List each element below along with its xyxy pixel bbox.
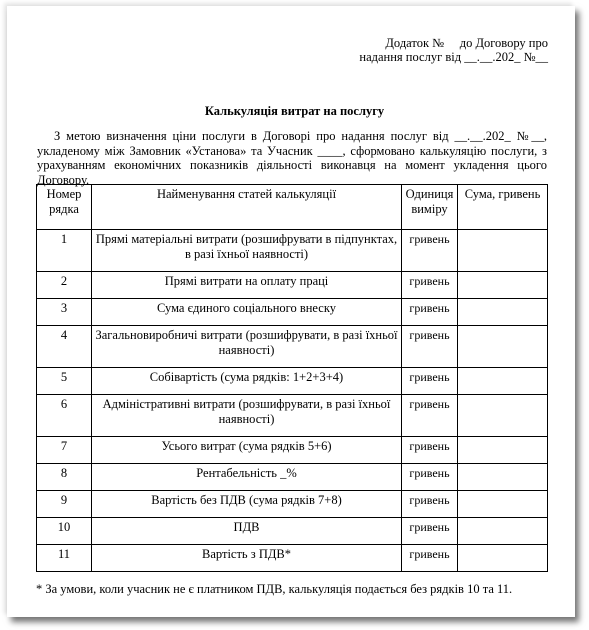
row-sum[interactable]	[458, 545, 548, 572]
row-unit: гривень	[402, 518, 458, 545]
row-name: ПДВ	[92, 518, 402, 545]
intro-paragraph: З метою визначення ціни послуги в Догово…	[37, 129, 547, 187]
footnote: * За умови, коли учасник не є платником …	[36, 582, 512, 597]
table-row: 9Вартість без ПДВ (сума рядків 7+8)гриве…	[37, 491, 548, 518]
row-unit: гривень	[402, 272, 458, 299]
row-number: 8	[37, 464, 92, 491]
table-header-row: Номер рядка Найменування статей калькуля…	[37, 185, 548, 230]
table-row: 8Рентабельність _%гривень	[37, 464, 548, 491]
row-number: 3	[37, 299, 92, 326]
row-name: Усього витрат (сума рядків 5+6)	[92, 437, 402, 464]
appendix-note: Додаток № до Договору про надання послуг…	[359, 36, 548, 64]
row-number: 4	[37, 326, 92, 368]
row-sum[interactable]	[458, 464, 548, 491]
table-row: 7Усього витрат (сума рядків 5+6)гривень	[37, 437, 548, 464]
row-name: Собівартість (сума рядків: 1+2+3+4)	[92, 368, 402, 395]
table-row: 11Вартість з ПДВ*гривень	[37, 545, 548, 572]
row-number: 1	[37, 230, 92, 272]
calculation-table: Номер рядка Найменування статей калькуля…	[36, 184, 548, 572]
row-unit: гривень	[402, 368, 458, 395]
row-unit: гривень	[402, 491, 458, 518]
row-unit: гривень	[402, 326, 458, 368]
appendix-note-line2: надання послуг від __.__.202_ №__	[359, 50, 548, 64]
row-unit: гривень	[402, 545, 458, 572]
table-row: 6Адміністративні витрати (розшифрувати, …	[37, 395, 548, 437]
row-unit: гривень	[402, 437, 458, 464]
row-sum[interactable]	[458, 491, 548, 518]
table-row: 2Прямі витрати на оплату працігривень	[37, 272, 548, 299]
row-number: 5	[37, 368, 92, 395]
document-title: Калькуляція витрат на послугу	[0, 104, 589, 119]
row-sum[interactable]	[458, 395, 548, 437]
table-row: 10ПДВгривень	[37, 518, 548, 545]
row-name: Прямі витрати на оплату праці	[92, 272, 402, 299]
header-number: Номер рядка	[37, 185, 92, 230]
row-number: 9	[37, 491, 92, 518]
row-sum[interactable]	[458, 272, 548, 299]
row-sum[interactable]	[458, 518, 548, 545]
row-unit: гривень	[402, 230, 458, 272]
row-name: Адміністративні витрати (розшифрувати, в…	[92, 395, 402, 437]
row-name: Рентабельність _%	[92, 464, 402, 491]
row-unit: гривень	[402, 395, 458, 437]
header-unit: Одиниця виміру	[402, 185, 458, 230]
row-name: Прямі матеріальні витрати (розшифрувати …	[92, 230, 402, 272]
row-number: 11	[37, 545, 92, 572]
header-sum: Сума, гривень	[458, 185, 548, 230]
table-row: 1Прямі матеріальні витрати (розшифрувати…	[37, 230, 548, 272]
appendix-note-line1: Додаток № до Договору про	[359, 36, 548, 50]
row-number: 2	[37, 272, 92, 299]
table-row: 5Собівартість (сума рядків: 1+2+3+4)грив…	[37, 368, 548, 395]
row-name: Вартість з ПДВ*	[92, 545, 402, 572]
table-row: 4Загальновиробничі витрати (розшифрувати…	[37, 326, 548, 368]
row-sum[interactable]	[458, 299, 548, 326]
row-number: 7	[37, 437, 92, 464]
row-name: Загальновиробничі витрати (розшифрувати,…	[92, 326, 402, 368]
row-sum[interactable]	[458, 326, 548, 368]
row-unit: гривень	[402, 464, 458, 491]
row-sum[interactable]	[458, 230, 548, 272]
table-row: 3Сума єдиного соціального внескугривень	[37, 299, 548, 326]
row-unit: гривень	[402, 299, 458, 326]
row-number: 6	[37, 395, 92, 437]
row-sum[interactable]	[458, 437, 548, 464]
row-name: Сума єдиного соціального внеску	[92, 299, 402, 326]
row-sum[interactable]	[458, 368, 548, 395]
row-name: Вартість без ПДВ (сума рядків 7+8)	[92, 491, 402, 518]
header-name: Найменування статей калькуляції	[92, 185, 402, 230]
row-number: 10	[37, 518, 92, 545]
